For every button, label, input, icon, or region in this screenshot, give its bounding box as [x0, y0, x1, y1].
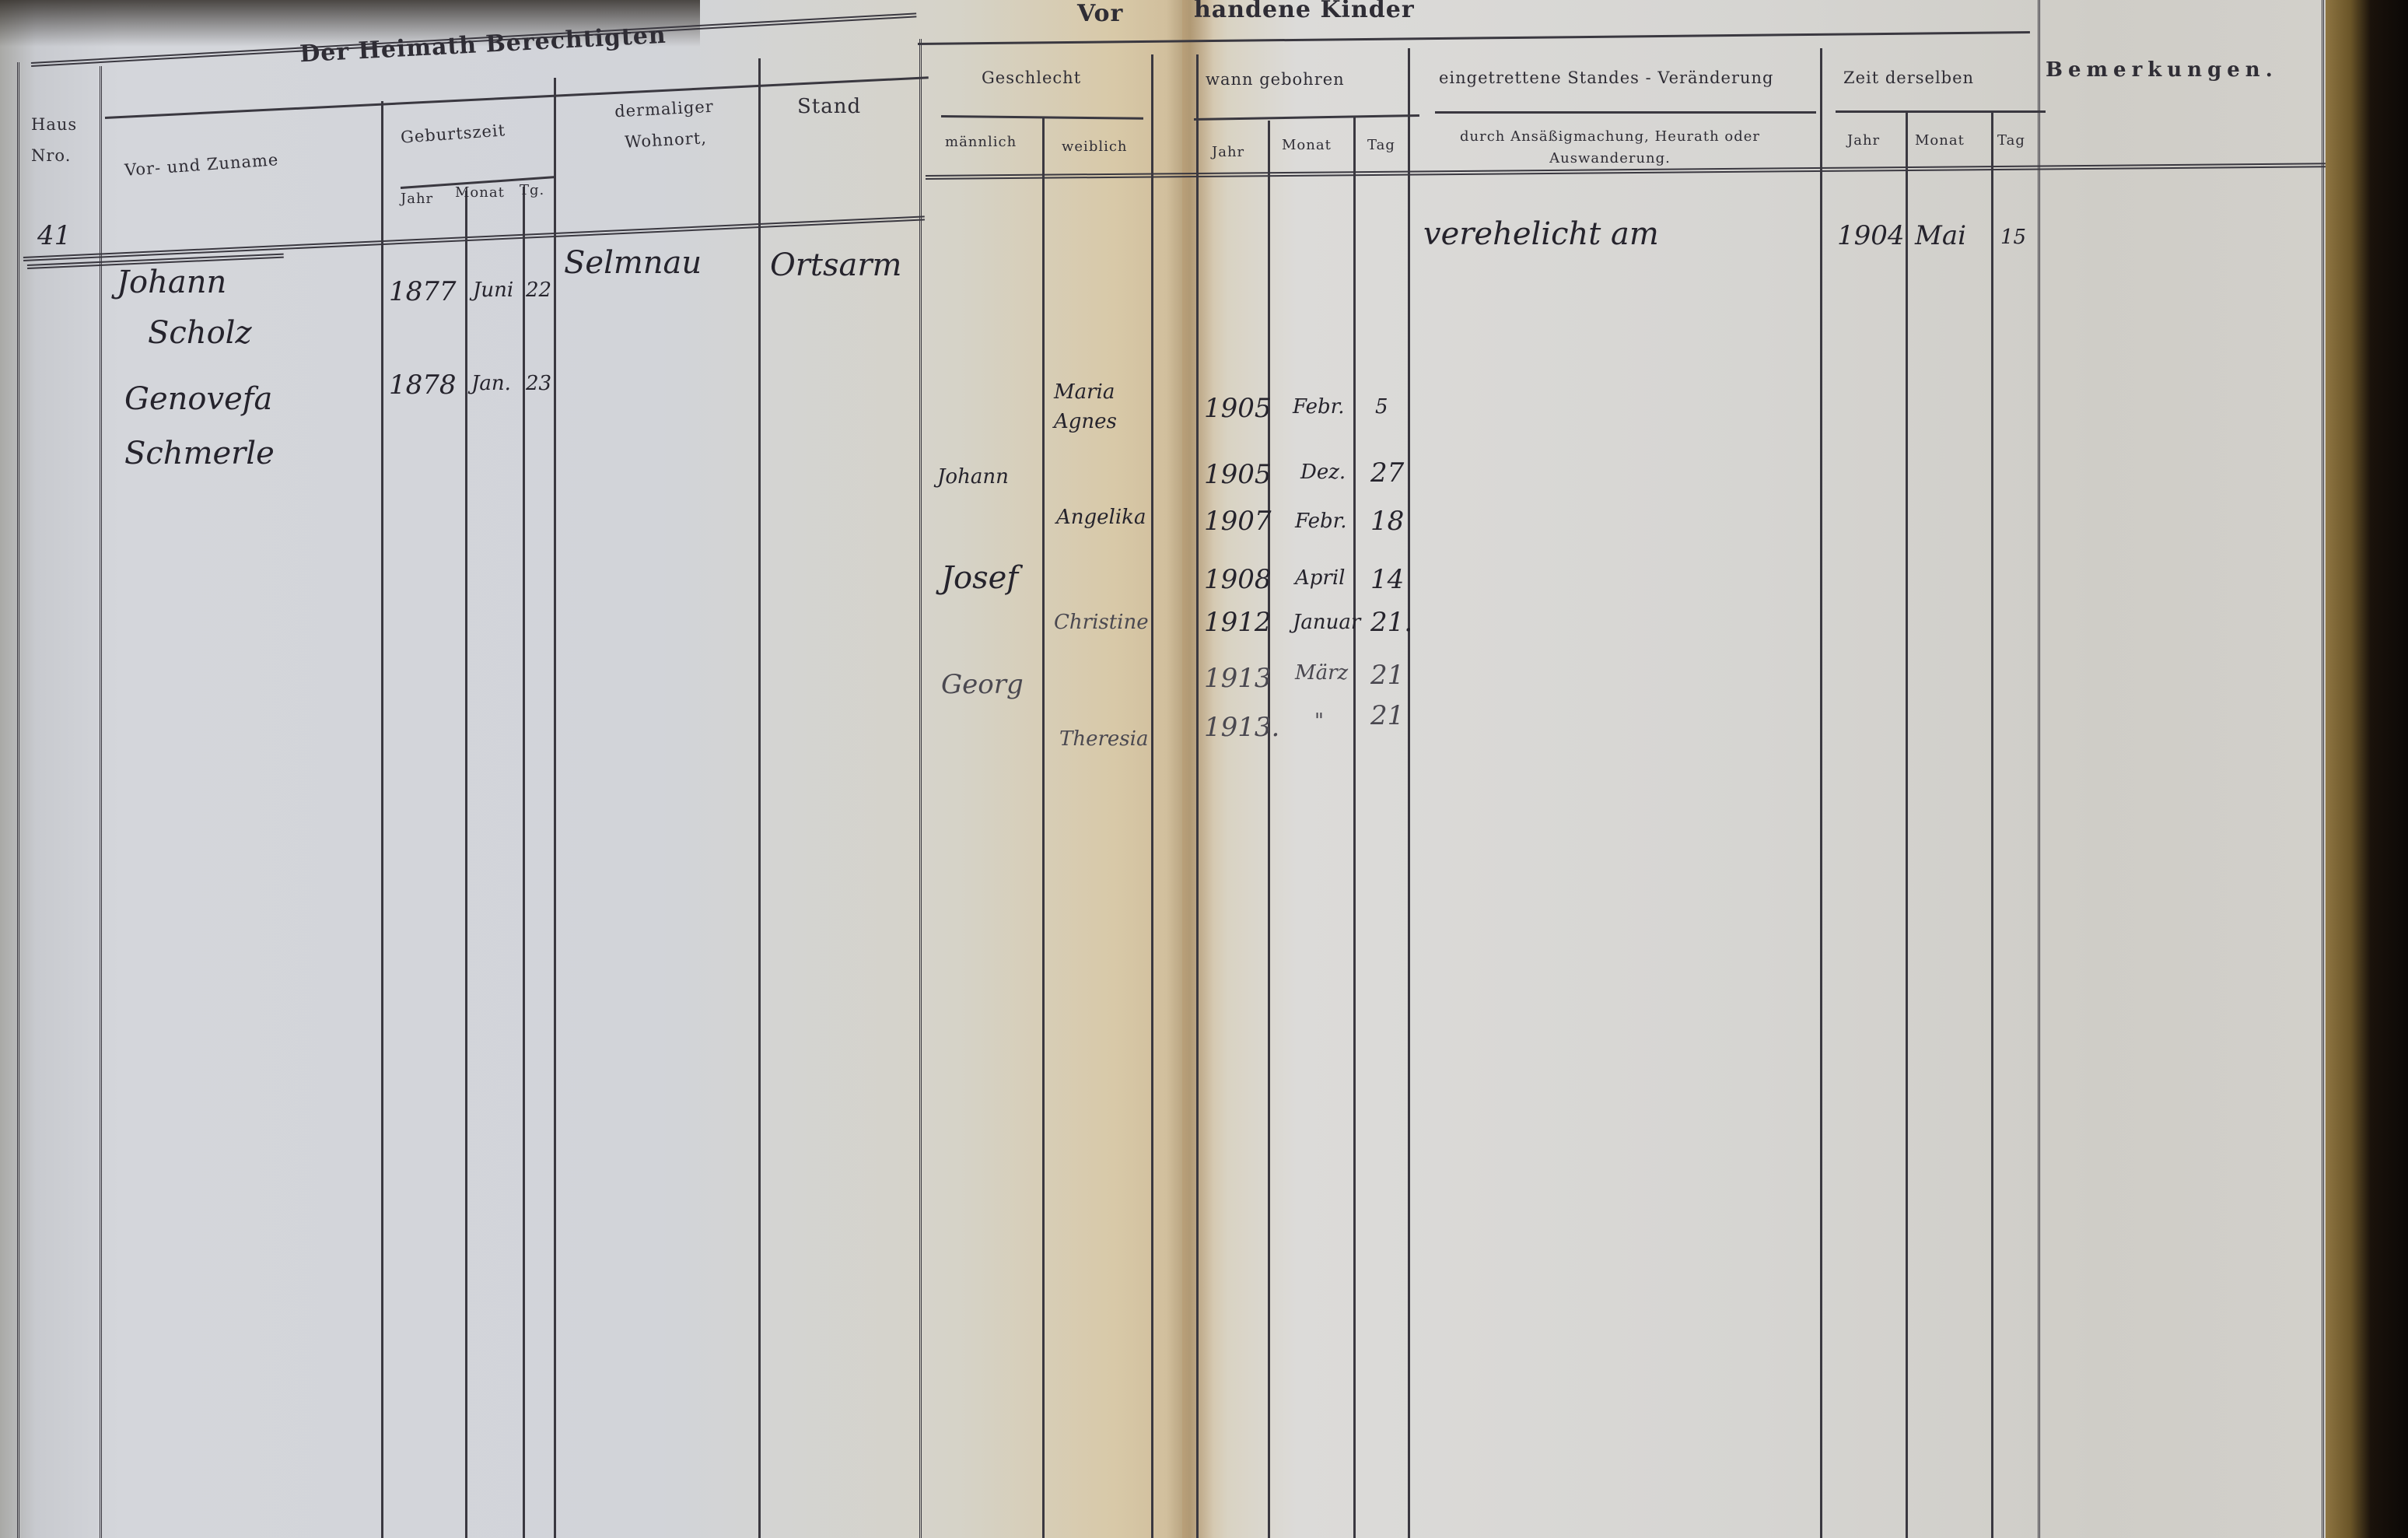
header-handene-kinder: handene Kinder: [1194, 0, 1415, 23]
col-rule-right-start: [1196, 54, 1199, 1538]
child6-tag: 21: [1370, 660, 1404, 691]
child7-weiblich: Theresia: [1059, 727, 1148, 751]
child2-maennlich: Johann: [937, 465, 1009, 489]
child2-monat: Dez.: [1300, 461, 1346, 484]
header-geschlecht: Geschlecht: [982, 68, 1081, 87]
header-maennlich: männlich: [945, 134, 1017, 150]
entry-zeit-jahr: 1904: [1837, 220, 1905, 251]
col-rule-haus: [100, 66, 105, 1538]
header-kind-tag: Tag: [1367, 137, 1395, 153]
header-zeit-derselben: Zeit derselben: [1843, 68, 1974, 87]
col-rule-tag: [554, 78, 556, 1538]
parent2-surname: Schmerle: [124, 436, 275, 471]
child6-jahr: 1913: [1204, 663, 1272, 694]
header-haus: Haus Nro.: [31, 109, 93, 171]
register-book-spread: Der Heimath Berechtigten Haus Nro. Vor- …: [0, 0, 2408, 1538]
parent2-birth-year: 1878: [389, 370, 457, 401]
child4-jahr: 1908: [1204, 564, 1272, 595]
header-kind-monat: Monat: [1282, 137, 1332, 153]
header-haus-nro: Haus Nro.: [31, 109, 86, 171]
col-rule-zeit-jahr: [1906, 113, 1908, 1538]
col-rule-geb-monat: [1353, 117, 1356, 1538]
col-rule-outer-left: [17, 62, 23, 1538]
parent1-stand: Ortsarm: [770, 247, 901, 283]
child1-jahr: 1905: [1204, 393, 1272, 424]
header-geb-tag: Tg.: [520, 182, 544, 198]
child3-tag: 18: [1370, 506, 1404, 537]
child5-jahr: 1912: [1204, 607, 1272, 638]
parent1-first-name: Johann: [117, 265, 226, 300]
header-weiblich: weiblich: [1062, 138, 1128, 155]
header-veraenderung-sub: durch Ansäßigmachung, Heurath oder Auswa…: [1447, 126, 1773, 170]
col-rule-bemerkungen: [2038, 0, 2043, 1538]
child6-monat: März: [1295, 661, 1348, 685]
book-edge: [2326, 0, 2408, 1538]
col-rule-outer-right: [2322, 0, 2327, 1538]
parent1-birth-year: 1877: [389, 276, 457, 307]
child4-maennlich: Josef: [941, 560, 1018, 596]
veraenderung-subrule: [1435, 111, 1816, 114]
header-geb-jahr: Jahr: [401, 191, 433, 207]
col-rule-stand: [919, 39, 925, 1538]
header-zeit-jahr: Jahr: [1847, 132, 1880, 149]
header-spread-vor: Vor: [1077, 0, 1123, 27]
entry-veraenderung: verehelicht am: [1423, 216, 1659, 252]
child6-maennlich: Georg: [941, 669, 1024, 700]
header-geb-monat: Monat: [455, 184, 505, 201]
header-standes-veraenderung: eingetrettene Standes - Veränderung: [1439, 68, 1774, 87]
child4-tag: 14: [1370, 564, 1404, 595]
child1-monat: Febr.: [1293, 395, 1345, 419]
child1-weiblich: Maria Agnes: [1054, 377, 1147, 436]
parent1-surname: Scholz: [148, 315, 252, 351]
child4-monat: April: [1295, 566, 1345, 590]
col-rule-wohnort: [758, 58, 761, 1538]
header-zeit-tag: Tag: [1997, 132, 2025, 149]
col-rule-geb-tag: [1408, 48, 1410, 1538]
entry-zeit-monat: Mai: [1915, 220, 1966, 251]
child7-tag: 21: [1370, 700, 1404, 731]
zeit-derselben-subrule: [1836, 110, 2046, 113]
parent1-wohnort: Selmnau: [564, 245, 702, 281]
parent1-birth-month: Juni: [473, 279, 513, 302]
col-rule-geb-jahr: [1268, 121, 1270, 1538]
col-rule-name: [381, 101, 383, 1538]
header-dermaliger-wohnort: dermaliger Wohnort,: [586, 89, 744, 159]
child5-monat: Januar: [1293, 611, 1360, 634]
child3-weiblich: Angelika: [1056, 506, 1146, 529]
entry-haus-nro: 41: [37, 220, 71, 251]
child5-tag: 21.: [1370, 607, 1412, 638]
parent2-birth-day: 23: [526, 372, 551, 395]
header-stand: Stand: [797, 95, 861, 118]
parent1-birth-day: 22: [526, 279, 551, 302]
child7-monat: ": [1314, 709, 1324, 733]
col-rule-veraenderung: [1820, 48, 1822, 1538]
header-zeit-monat: Monat: [1915, 132, 1965, 149]
book-spine: [1167, 0, 1213, 1538]
col-rule-jahr: [465, 191, 467, 1538]
header-wann-gebohren: wann gebohren: [1206, 70, 1345, 89]
col-rule-maennlich: [1042, 117, 1045, 1538]
col-rule-monat: [523, 187, 525, 1538]
header-kind-jahr: Jahr: [1212, 144, 1244, 160]
child3-monat: Febr.: [1295, 510, 1347, 533]
child2-tag: 27: [1370, 457, 1404, 489]
parent2-first-name: Genovefa: [124, 381, 272, 417]
child3-jahr: 1907: [1204, 506, 1272, 537]
col-rule-zeit-monat: [1991, 113, 1993, 1538]
col-rule-weiblich: [1151, 54, 1153, 1538]
child5-weiblich: Christine: [1054, 611, 1149, 634]
child1-tag: 5: [1375, 395, 1388, 419]
child2-jahr: 1905: [1204, 459, 1272, 490]
child7-jahr: 1913.: [1204, 712, 1279, 743]
entry-zeit-tag: 15: [2000, 226, 2026, 249]
parent2-birth-month: Jan.: [471, 372, 511, 395]
header-bemerkungen: Bemerkungen.: [2046, 58, 2278, 82]
